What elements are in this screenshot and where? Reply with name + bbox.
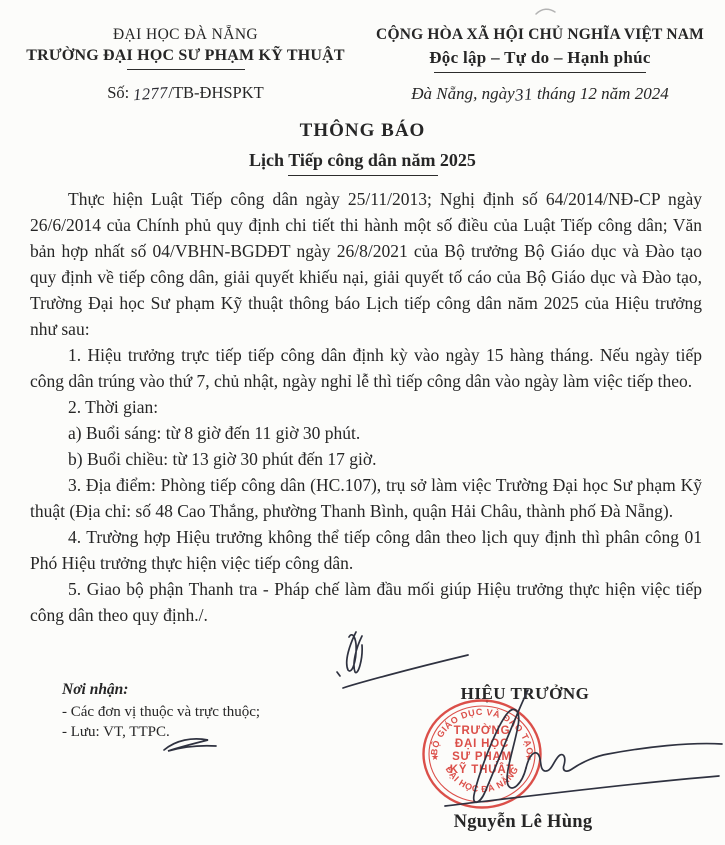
- document-kind: THÔNG BÁO: [0, 120, 725, 142]
- issuer-parent-org: ĐẠI HỌC ĐÀ NẴNG: [18, 26, 353, 44]
- title-underline: [288, 175, 438, 176]
- document-number-suffix: /TB-ĐHSPKT: [168, 83, 263, 102]
- signer-name: Nguyễn Lê Hùng: [398, 812, 648, 833]
- ink-initial: [347, 632, 362, 673]
- document-title-block: THÔNG BÁO Lịch Tiếp công dân năm 2025: [0, 120, 725, 176]
- document-number: Số: 1277/TB-ĐHSPKT: [18, 83, 353, 103]
- paragraph-intro: Thực hiện Luật Tiếp công dân ngày 25/11/…: [30, 186, 702, 342]
- paragraph-item-2: 2. Thời gian:: [30, 394, 702, 420]
- scanned-official-document: ĐẠI HỌC ĐÀ NẴNG TRƯỜNG ĐẠI HỌC SƯ PHẠM K…: [0, 0, 725, 845]
- national-header-block: CỘNG HÒA XÃ HỘI CHỦ NGHĨA VIỆT NAM Độc l…: [363, 26, 717, 104]
- paragraph-item-3: 3. Địa điểm: Phòng tiếp công dân (HC.107…: [30, 472, 702, 524]
- scan-artifact: [534, 5, 558, 17]
- recipients-block: Nơi nhận: - Các đơn vị thuộc và trực thu…: [62, 681, 260, 742]
- paragraph-item-1: 1. Hiệu trưởng trực tiếp tiếp công dân đ…: [30, 342, 702, 394]
- scan-artifact-mark: [536, 9, 555, 14]
- motto-underline: [434, 72, 646, 73]
- dateline: Đà Nẵng, ngày31 tháng 12 năm 2024: [363, 84, 717, 104]
- recipient-item: - Lưu: VT, TTPC.: [62, 722, 260, 742]
- dateline-pre: Đà Nẵng, ngày: [411, 84, 514, 103]
- recipients-heading: Nơi nhận:: [62, 681, 260, 699]
- document-subject: Lịch Tiếp công dân năm 2025: [0, 150, 725, 171]
- issuer-block: ĐẠI HỌC ĐÀ NẴNG TRƯỜNG ĐẠI HỌC SƯ PHẠM K…: [18, 26, 353, 103]
- issuer-underline: [127, 69, 245, 70]
- body-text: Thực hiện Luật Tiếp công dân ngày 25/11/…: [30, 186, 702, 628]
- document-number-handwritten: 1277: [133, 83, 169, 105]
- paragraph-item-5: 5. Giao bộ phận Thanh tra - Pháp chế làm…: [30, 576, 702, 628]
- paragraph-item-4: 4. Trường hợp Hiệu trưởng không thể tiếp…: [30, 524, 702, 576]
- star-icon: ★: [431, 752, 439, 762]
- star-icon: ★: [525, 752, 533, 762]
- issuer-name: TRƯỜNG ĐẠI HỌC SƯ PHẠM KỸ THUẬT: [18, 47, 353, 65]
- dateline-day-handwritten: 31: [514, 84, 534, 105]
- official-red-seal: BỘ GIÁO DỤC VÀ ĐÀO TẠO ĐẠI HỌC ĐÀ NẴNG ★…: [420, 698, 544, 810]
- seal-center-line3: SƯ PHẠM: [452, 751, 512, 763]
- recipient-item: - Các đơn vị thuộc và trực thuộc;: [62, 702, 260, 722]
- national-motto-line1: CỘNG HÒA XÃ HỘI CHỦ NGHĨA VIỆT NAM: [363, 26, 717, 44]
- seal-center-line4: KỸ THUẬT: [450, 763, 515, 776]
- seal-center-line2: ĐẠI HỌC: [455, 738, 509, 750]
- seal-center-line1: TRƯỜNG: [454, 724, 511, 737]
- paragraph-item-2a: a) Buổi sáng: từ 8 giờ đến 11 giờ 30 phú…: [30, 420, 702, 446]
- ink-signature-flourish-upper: [526, 744, 722, 772]
- national-motto-line2: Độc lập – Tự do – Hạnh phúc: [363, 48, 717, 68]
- ink-dot: [337, 672, 340, 676]
- dateline-post: tháng 12 năm 2024: [533, 84, 669, 103]
- paragraph-item-2b: b) Buổi chiều: từ 13 giờ 30 phút đến 17 …: [30, 446, 702, 472]
- document-number-label: Số:: [107, 83, 133, 102]
